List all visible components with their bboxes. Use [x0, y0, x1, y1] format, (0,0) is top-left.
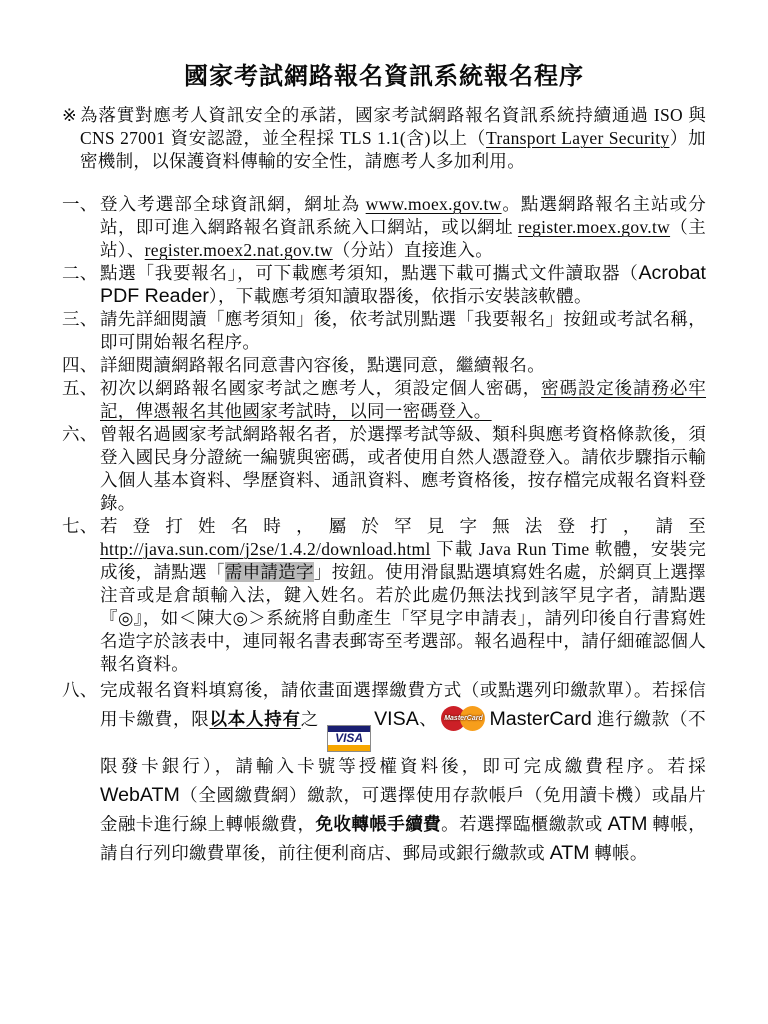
visa-logo-icon: VISA [327, 725, 371, 752]
intro-paragraph: ※ 為落實對應考人資訊安全的承諾，國家考試網路報名資訊系統持續通過 ISO 與 … [62, 104, 706, 173]
mastercard-logo-icon: MasterCard [440, 705, 486, 732]
text-run: 。若選擇臨櫃繳款或 [441, 814, 607, 834]
list-item: 六、曾報名過國家考試網路報名者，於選擇考試等級、類科與應考資格條款後，須登入國民… [62, 423, 706, 515]
list-item: 三、請先詳細閱讀「應考須知」後，依考試別點選「我要報名」按鈕或考試名稱，即可開始… [62, 308, 706, 354]
item-number: 五、 [62, 377, 98, 400]
list-item: 八、完成報名資料填寫後，請依畫面選擇繳費方式（或點選列印繳款單）。若採信用卡繳費… [62, 676, 706, 868]
text-run: 之 [301, 709, 324, 729]
item-number: 一、 [62, 193, 98, 216]
visa-bottom-band [328, 745, 370, 751]
item-text: 完成報名資料填寫後，請依畫面選擇繳費方式（或點選列印繳款單）。若採信用卡繳費，限… [100, 680, 706, 863]
text-run: ATM [608, 813, 648, 835]
text-run: 若登打姓名時，屬於罕見字無法登打，請至 [100, 516, 706, 536]
bold-underlined-emphasis: 以本人持有 [209, 709, 300, 729]
item-number: 六、 [62, 423, 98, 446]
text-run: 、 [419, 709, 438, 729]
item-text: 點選「我要報名」，可下載應考須知，點選下載可攜式文件讀取器（Acrobat PD… [100, 263, 706, 306]
url-link[interactable]: www.moex.gov.tw [366, 194, 502, 214]
text-run: 點選「我要報名」，可下載應考須知，點選下載可攜式文件讀取器（ [100, 263, 638, 283]
item-text: 若登打姓名時，屬於罕見字無法登打，請至 http://java.sun.com/… [100, 516, 706, 674]
url-link[interactable]: http://java.sun.com/j2se/1.4.2/download.… [100, 539, 431, 559]
item-number: 七、 [62, 515, 98, 538]
item-text: 請先詳細閱讀「應考須知」後，依考試別點選「我要報名」按鈕或考試名稱，即可開始報名… [100, 309, 706, 352]
bold-emphasis: 免收轉帳手續費 [315, 814, 441, 834]
item-number: 三、 [62, 308, 98, 331]
text-run: 請先詳細閱讀「應考須知」後，依考試別點選「我要報名」按鈕或考試名稱，即可開始報名… [100, 309, 706, 352]
item-text: 曾報名過國家考試網路報名者，於選擇考試等級、類科與應考資格條款後，須登入國民身分… [100, 424, 706, 513]
item-text: 初次以網路報名國家考試之應考人，須設定個人密碼，密碼設定後請務必牢記，俾憑報名其… [100, 378, 706, 421]
mastercard-wordmark: MasterCard [440, 714, 486, 723]
item-text: 詳細閱讀網路報名同意書內容後，點選同意，繼續報名。 [100, 355, 545, 375]
text-run: ATM [550, 842, 590, 864]
text-run: WebATM [100, 784, 180, 806]
page-title: 國家考試網路報名資訊系統報名程序 [62, 62, 706, 92]
visa-wordmark: VISA [328, 732, 370, 745]
item-number: 二、 [62, 262, 98, 285]
text-run: （分站）直接進入。 [333, 240, 493, 260]
text-run: 登入考選部全球資訊網，網址為 [100, 194, 366, 214]
item-text: 登入考選部全球資訊網，網址為 www.moex.gov.tw。點選網路報名主站或… [100, 194, 706, 260]
item-number: 四、 [62, 354, 98, 377]
text-run: VISA [374, 708, 419, 730]
document-page: 國家考試網路報名資訊系統報名程序 ※ 為落實對應考人資訊安全的承諾，國家考試網路… [0, 0, 768, 1024]
list-item: 五、初次以網路報名國家考試之應考人，須設定個人密碼，密碼設定後請務必牢記，俾憑報… [62, 377, 706, 423]
highlighted-button-label: 需申請造字 [225, 562, 314, 582]
intro-marker: ※ [62, 104, 77, 127]
text-run: MasterCard [489, 708, 591, 730]
list-item: 七、若登打姓名時，屬於罕見字無法登打，請至 http://java.sun.co… [62, 515, 706, 676]
url-link[interactable]: register.moex2.nat.gov.tw [145, 240, 333, 260]
url-link[interactable]: register.moex.gov.tw [518, 217, 670, 237]
underlined-term: Transport Layer Security [486, 128, 669, 148]
item-number: 八、 [62, 676, 98, 705]
intro-body: 為落實對應考人資訊安全的承諾，國家考試網路報名資訊系統持續通過 ISO 與 CN… [80, 105, 706, 171]
text-run: ），下載應考須知讀取器後，依指示安裝該軟體。 [209, 286, 592, 306]
list-item: 二、點選「我要報名」，可下載應考須知，點選下載可攜式文件讀取器（Acrobat … [62, 262, 706, 308]
list-item: 一、登入考選部全球資訊網，網址為 www.moex.gov.tw。點選網路報名主… [62, 193, 706, 262]
numbered-list: 一、登入考選部全球資訊網，網址為 www.moex.gov.tw。點選網路報名主… [62, 193, 706, 868]
text-run: 轉帳。 [590, 843, 648, 863]
text-run: 詳細閱讀網路報名同意書內容後，點選同意，繼續報名。 [100, 355, 545, 375]
text-run: 曾報名過國家考試網路報名者，於選擇考試等級、類科與應考資格條款後，須登入國民身分… [100, 424, 706, 513]
text-run: 初次以網路報名國家考試之應考人，須設定個人密碼， [100, 378, 541, 398]
list-item: 四、詳細閱讀網路報名同意書內容後，點選同意，繼續報名。 [62, 354, 706, 377]
